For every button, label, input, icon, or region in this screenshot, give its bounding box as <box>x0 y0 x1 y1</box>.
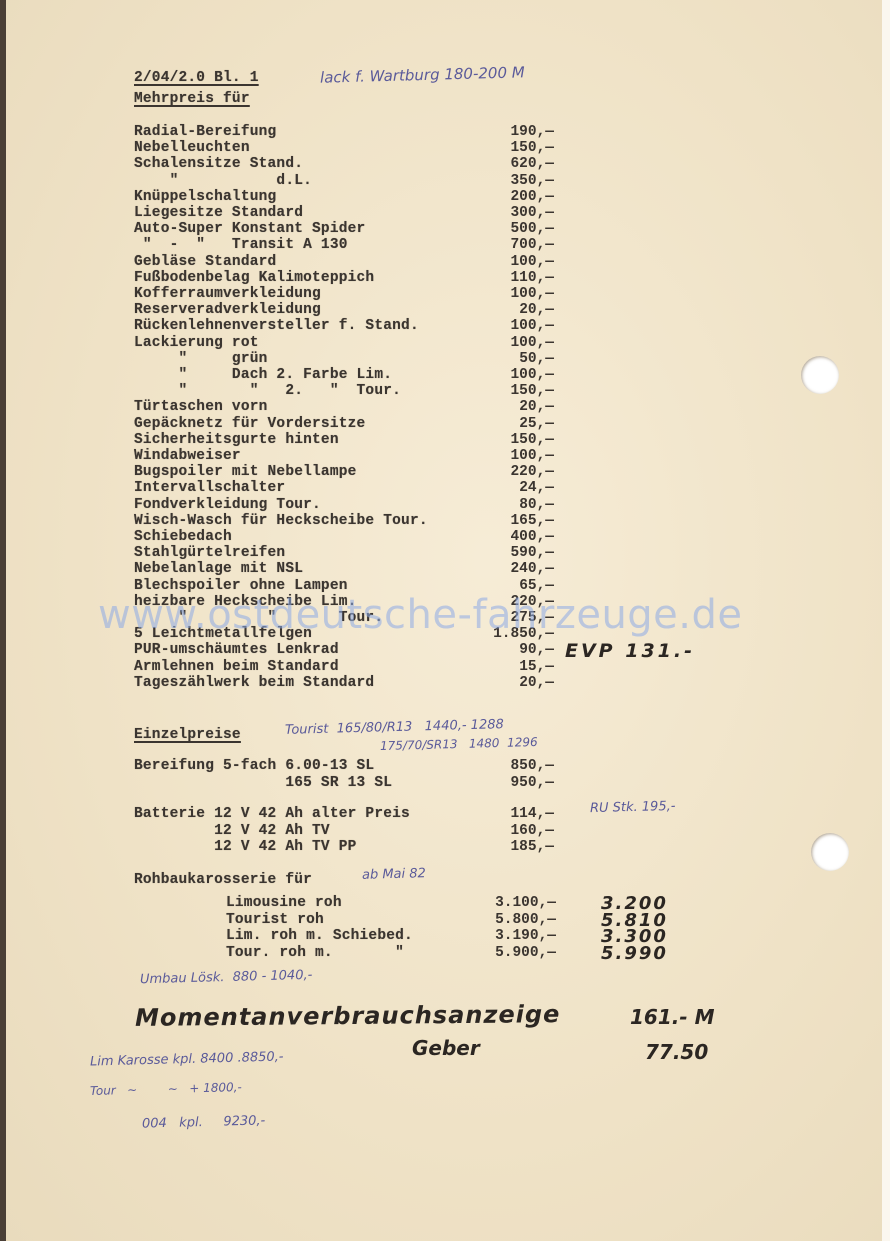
item-price: 500,— <box>510 221 554 237</box>
list-item: Auto-Super Konstant Spider500,— <box>134 221 564 237</box>
item-price: 200,— <box>510 189 554 205</box>
handwritten-ab-mai: ab Mai 82 <box>362 866 426 883</box>
item-price: 50,— <box>519 351 554 367</box>
item-price: 160,— <box>510 823 554 839</box>
item-label: Radial-Bereifung <box>134 124 276 140</box>
list-item: Fußbodenbelag Kalimoteppich110,— <box>134 270 564 286</box>
item-label: Tour. roh m. " <box>226 945 404 961</box>
list-item: Schalensitze Stand.620,— <box>134 156 564 172</box>
handwritten-evp-note: EVP 131.- <box>565 640 695 662</box>
item-price: 100,— <box>510 318 554 334</box>
item-price: 15,— <box>519 659 554 675</box>
item-label: Gebläse Standard <box>134 254 276 270</box>
item-price: 110,— <box>510 270 554 286</box>
batterie-list: Batterie 12 V 42 Ah alter Preis114,— 12 … <box>134 806 564 858</box>
item-price: 950,— <box>510 775 554 791</box>
item-label: 165 SR 13 SL <box>134 775 392 791</box>
item-label: Limousine roh <box>226 895 342 911</box>
list-item: Rückenlehnenversteller f. Stand.100,— <box>134 318 564 334</box>
item-label: Reserveradverkleidung <box>134 302 321 318</box>
handwritten-momentanverbrauch-label: Momentanverbrauchsanzeige <box>135 1000 561 1032</box>
item-price: 165,— <box>510 513 554 529</box>
item-price: 350,— <box>510 173 554 189</box>
item-label: Lackierung rot <box>134 335 259 351</box>
punch-hole-top <box>801 356 839 394</box>
list-item: Liegesitze Standard300,— <box>134 205 564 221</box>
list-item: Sicherheitsgurte hinten150,— <box>134 432 564 448</box>
item-label: Kofferraumverkleidung <box>134 286 321 302</box>
list-item: 12 V 42 Ah TV PP185,— <box>134 839 564 855</box>
item-label: " grün <box>134 351 268 367</box>
item-price: 620,— <box>510 156 554 172</box>
handwritten-batterie-note: RU Stk. 195,- <box>590 799 676 816</box>
list-item: Wisch-Wasch für Heckscheibe Tour.165,— <box>134 513 564 529</box>
list-item: Reserveradverkleidung20,— <box>134 302 564 318</box>
item-price: 220,— <box>510 464 554 480</box>
item-label: Intervallschalter <box>134 480 285 496</box>
list-item: " grün50,— <box>134 351 564 367</box>
list-item: Knüppelschaltung200,— <box>134 189 564 205</box>
item-price: 25,— <box>519 416 554 432</box>
item-label: " Dach 2. Farbe Lim. <box>134 367 392 383</box>
item-label: Bugspoiler mit Nebellampe <box>134 464 357 480</box>
list-item: Kofferraumverkleidung100,— <box>134 286 564 302</box>
item-label: PUR-umschäumtes Lenkrad <box>134 642 339 658</box>
item-label: Liegesitze Standard <box>134 205 303 221</box>
item-price: 20,— <box>519 399 554 415</box>
item-price: 20,— <box>519 302 554 318</box>
item-price: 100,— <box>510 367 554 383</box>
bereifung-list: Bereifung 5-fach 6.00-13 SL850,— 165 SR … <box>134 758 564 794</box>
list-item: Fondverkleidung Tour.80,— <box>134 497 564 513</box>
item-label: " " 2. " Tour. <box>134 383 401 399</box>
list-item: " d.L.350,— <box>134 173 564 189</box>
list-item: Batterie 12 V 42 Ah alter Preis114,— <box>134 806 564 822</box>
list-item: Nebelleuchten150,— <box>134 140 564 156</box>
item-label: Schalensitze Stand. <box>134 156 303 172</box>
item-price: 24,— <box>519 480 554 496</box>
list-item: Intervallschalter24,— <box>134 480 564 496</box>
list-item: Bereifung 5-fach 6.00-13 SL850,— <box>134 758 564 774</box>
list-item: 165 SR 13 SL950,— <box>134 775 564 791</box>
handwritten-new-price: 5.990 <box>601 943 668 964</box>
item-price: 700,— <box>510 237 554 253</box>
item-price: 100,— <box>510 448 554 464</box>
list-item: Schiebedach400,— <box>134 529 564 545</box>
item-price: 190,— <box>510 124 554 140</box>
item-label: Nebelleuchten <box>134 140 250 156</box>
item-label: 12 V 42 Ah TV PP <box>134 839 357 855</box>
watermark: www.ostdeutsche-fahrzeuge.de <box>98 592 743 638</box>
list-item: Gepäcknetz für Vordersitze25,— <box>134 416 564 432</box>
item-label: " d.L. <box>134 173 312 189</box>
item-label: Stahlgürtelreifen <box>134 545 285 561</box>
list-item: Nebelanlage mit NSL240,— <box>134 561 564 577</box>
item-price: 100,— <box>510 286 554 302</box>
list-item: Radial-Bereifung190,— <box>134 124 564 140</box>
list-item: Türtaschen vorn20,— <box>134 399 564 415</box>
item-label: Tageszählwerk beim Standard <box>134 675 374 691</box>
item-label: 12 V 42 Ah TV <box>134 823 330 839</box>
item-price: 100,— <box>510 335 554 351</box>
item-price: 5.900,— <box>495 945 556 961</box>
item-label: Bereifung 5-fach 6.00-13 SL <box>134 758 374 774</box>
document-reference: 2/04/2.0 Bl. 1 <box>134 70 259 86</box>
item-label: Gepäcknetz für Vordersitze <box>134 416 365 432</box>
item-label: Fondverkleidung Tour. <box>134 497 321 513</box>
item-label: Rückenlehnenversteller f. Stand. <box>134 318 419 334</box>
item-price: 5.800,— <box>495 912 556 928</box>
item-label: Lim. roh m. Schiebed. <box>226 928 413 944</box>
item-price: 3.100,— <box>495 895 556 911</box>
item-label: Batterie 12 V 42 Ah alter Preis <box>134 806 410 822</box>
list-item: Stahlgürtelreifen590,— <box>134 545 564 561</box>
item-price: 114,— <box>510 806 554 822</box>
item-price: 300,— <box>510 205 554 221</box>
scan-right-edge <box>882 0 890 1241</box>
item-label: Tourist roh <box>226 912 324 928</box>
item-price: 590,— <box>510 545 554 561</box>
handwritten-momentanverbrauch-price: 161.- M <box>630 1005 715 1029</box>
punch-hole-bottom <box>811 833 849 871</box>
item-price: 185,— <box>510 839 554 855</box>
item-label: Knüppelschaltung <box>134 189 276 205</box>
item-price: 150,— <box>510 432 554 448</box>
list-item: " Dach 2. Farbe Lim.100,— <box>134 367 564 383</box>
item-price: 80,— <box>519 497 554 513</box>
item-label: Nebelanlage mit NSL <box>134 561 303 577</box>
item-label: Auto-Super Konstant Spider <box>134 221 365 237</box>
list-item: Gebläse Standard100,— <box>134 254 564 270</box>
list-item: PUR-umschäumtes Lenkrad90,— <box>134 642 564 658</box>
list-item: 12 V 42 Ah TV160,— <box>134 823 564 839</box>
list-item: Lackierung rot100,— <box>134 335 564 351</box>
item-price: 400,— <box>510 529 554 545</box>
list-item: " - " Transit A 130700,— <box>134 237 564 253</box>
list-item: Tour. roh m. "5.900,—5.990 <box>226 945 696 961</box>
item-price: 240,— <box>510 561 554 577</box>
section-title-einzelpreise: Einzelpreise <box>134 727 241 743</box>
item-price: 150,— <box>510 383 554 399</box>
handwritten-geber-price: 77.50 <box>645 1040 708 1064</box>
item-label: " - " Transit A 130 <box>134 237 348 253</box>
list-item: Bugspoiler mit Nebellampe220,— <box>134 464 564 480</box>
handwritten-geber-label: Geber <box>412 1036 480 1060</box>
item-label: Schiebedach <box>134 529 232 545</box>
list-item: Armlehnen beim Standard15,— <box>134 659 564 675</box>
item-price: 20,— <box>519 675 554 691</box>
item-price: 150,— <box>510 140 554 156</box>
item-price: 100,— <box>510 254 554 270</box>
item-label: Wisch-Wasch für Heckscheibe Tour. <box>134 513 428 529</box>
item-price: 90,— <box>519 642 554 658</box>
list-item: Tageszählwerk beim Standard20,— <box>134 675 564 691</box>
item-label: Fußbodenbelag Kalimoteppich <box>134 270 374 286</box>
item-label: Armlehnen beim Standard <box>134 659 339 675</box>
section-title-mehrpreis: Mehrpreis für <box>134 91 250 107</box>
item-price: 3.190,— <box>495 928 556 944</box>
item-price: 850,— <box>510 758 554 774</box>
list-item: Windabweiser100,— <box>134 448 564 464</box>
list-item: " " 2. " Tour.150,— <box>134 383 564 399</box>
item-label: Türtaschen vorn <box>134 399 268 415</box>
item-label: Sicherheitsgurte hinten <box>134 432 339 448</box>
rohbau-list: Limousine roh3.100,—3.200Tourist roh5.80… <box>226 895 696 963</box>
section-title-rohbau: Rohbaukarosserie für <box>134 872 312 888</box>
item-label: Windabweiser <box>134 448 241 464</box>
